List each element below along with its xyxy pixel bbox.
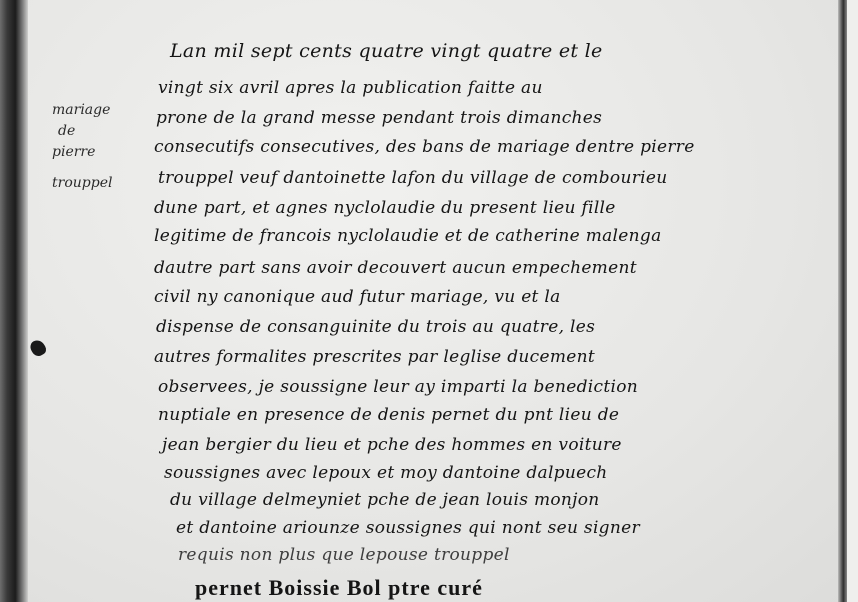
page-edge <box>838 0 847 602</box>
text-line: vingt six avril apres la publication fai… <box>158 78 543 98</box>
book-binding <box>0 0 28 602</box>
text-line: du village delmeyniet pche de jean louis… <box>170 490 600 510</box>
text-line: dune part, et agnes nyclolaudie du prese… <box>154 198 616 218</box>
text-line: nuptiale en presence de denis pernet du … <box>158 405 619 425</box>
text-line: legitime de francois nyclolaudie et de c… <box>154 226 662 246</box>
text-line: trouppel veuf dantoinette lafon du villa… <box>158 168 667 188</box>
signature-line: pernet Boissie Bol ptre curé <box>195 575 483 601</box>
register-page: mariage de pierre trouppel Lan mil sept … <box>0 0 858 602</box>
scan-margin <box>847 0 858 602</box>
text-line: prone de la grand messe pendant trois di… <box>156 108 602 128</box>
text-line: dispense de consanguinite du trois au qu… <box>156 317 595 337</box>
text-line: soussignes avec lepoux et moy dantoine d… <box>164 463 608 483</box>
text-line: Lan mil sept cents quatre vingt quatre e… <box>170 40 603 62</box>
ink-blot <box>28 338 48 359</box>
margin-note: mariage de pierre trouppel <box>52 100 147 194</box>
margin-note-line: pierre <box>52 142 147 163</box>
text-line: jean bergier du lieu et pche des hommes … <box>162 435 622 455</box>
text-line: et dantoine ariounze soussignes qui nont… <box>176 518 640 538</box>
text-line: observees, je soussigne leur ay imparti … <box>158 377 638 397</box>
text-line: civil ny canonique aud futur mariage, vu… <box>154 287 561 307</box>
margin-note-line: de <box>52 121 147 142</box>
margin-note-line: trouppel <box>52 173 147 194</box>
text-line: consecutifs consecutives, des bans de ma… <box>154 137 695 157</box>
text-line: requis non plus que lepouse trouppel <box>178 545 510 565</box>
text-line: autres formalites prescrites par leglise… <box>154 347 595 367</box>
text-line: dautre part sans avoir decouvert aucun e… <box>154 258 637 278</box>
margin-note-line: mariage <box>52 100 147 121</box>
